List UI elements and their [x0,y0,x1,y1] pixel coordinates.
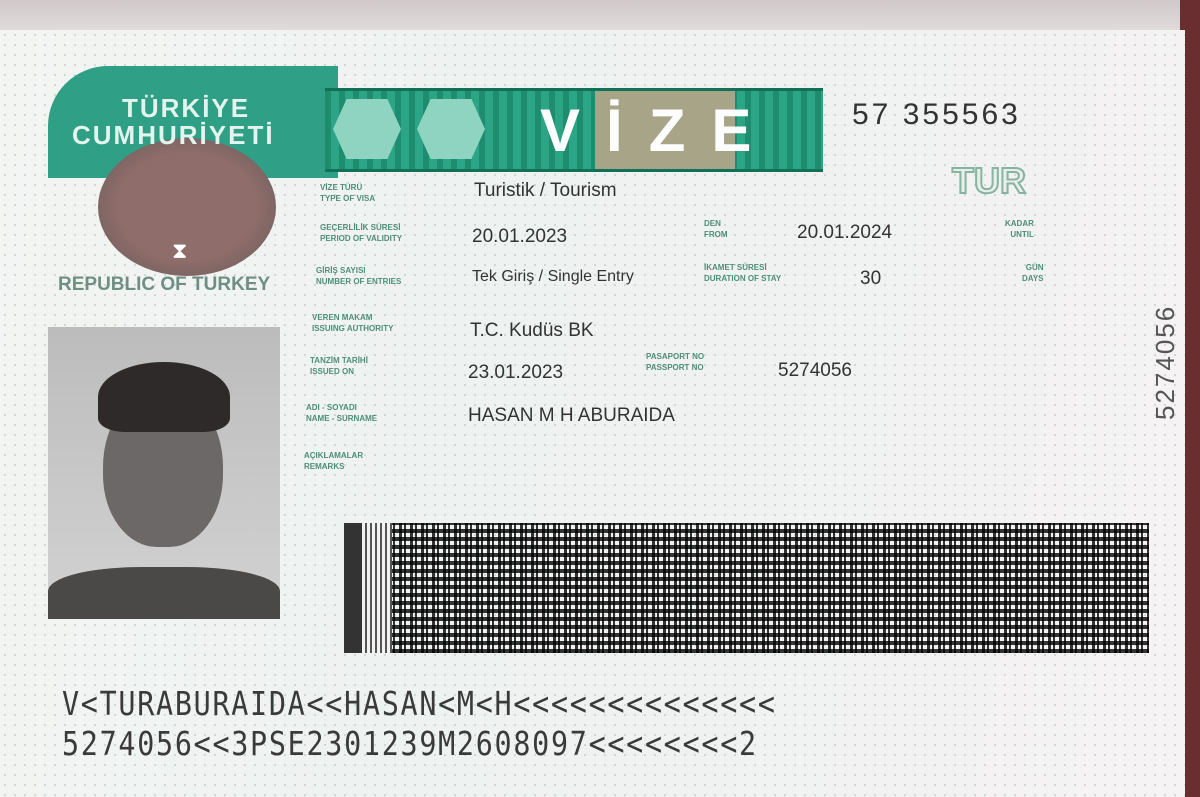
value-passport-no: 5274056 [778,360,852,382]
mrz-line-2: 5274056<<3PSE2301239M2608097<<<<<<<<2 [62,724,758,763]
holder-photo [48,327,280,619]
label-days: GÜNDAYS [1022,262,1044,284]
label-passport-no: PASAPORT NOPASSPORT NO [646,351,704,373]
value-authority: T.C. Kudüs BK [470,320,594,342]
value-issued-on: 23.01.2023 [468,362,563,384]
label-name: ADI - SOYADINAME - SURNAME [306,402,377,424]
hologram-mark-icon: ⧗ [172,238,187,264]
label-remarks: AÇIKLAMALARREMARKS [304,450,363,472]
2d-barcode [344,523,1149,653]
side-passport-number: 5274056 [1150,305,1181,420]
label-issued-on: TANZİM TARİHİISSUED ON [310,355,368,377]
label-entries: GİRİŞ SAYISINUMBER OF ENTRIES [316,265,401,287]
value-entries: Tek Giriş / Single Entry [472,268,634,286]
country-code: TUR [952,160,1026,202]
label-until: KADARUNTIL [1005,218,1034,240]
label-duration: İKAMET SÜRESİDURATION OF STAY [704,262,781,284]
visa-serial-number: 57 355563 [852,98,1021,132]
label-authority: VEREN MAKAMISSUING AUTHORITY [312,312,393,334]
country-name-tr-line2: CUMHURİYETİ [72,120,275,151]
value-type-of-visa: Turistik / Tourism [474,180,617,202]
label-validity: GEÇERLİLİK SÜRESİPERIOD OF VALIDITY [320,222,402,244]
value-duration: 30 [860,268,881,290]
visa-title: VİZE [540,96,777,165]
label-from: DENFROM [704,218,728,240]
value-valid-until: 20.01.2024 [797,222,892,244]
label-type-of-visa: VİZE TÜRÜTYPE OF VISA [320,182,375,204]
mrz-line-1: V<TURABURAIDA<<HASAN<M<H<<<<<<<<<<<<<< [62,684,777,723]
value-valid-from: 20.01.2023 [472,226,567,248]
country-name-en: REPUBLIC OF TURKEY [58,274,270,296]
value-name: HASAN M H ABURAIDA [468,405,675,427]
